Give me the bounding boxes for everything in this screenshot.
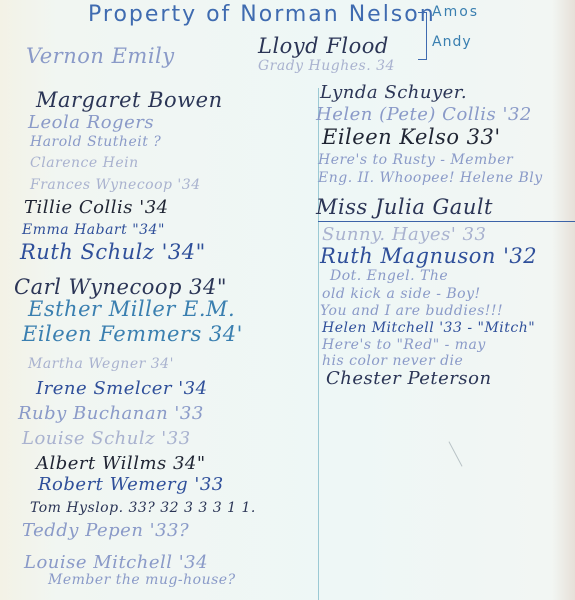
signature: Louise Mitchell '34	[24, 552, 208, 573]
page-title: Property of Norman Nelson	[88, 2, 436, 27]
signature: Ruby Buchanan '33	[18, 403, 204, 424]
signature: Clarence Hein	[30, 155, 139, 171]
signature-note: his color never die	[322, 353, 463, 369]
signature: Eileen Femmers 34'	[22, 322, 243, 346]
signature: Margaret Bowen	[36, 88, 223, 112]
signature: Eileen Kelso 33'	[322, 125, 501, 149]
signature: Ruth Schulz '34"	[20, 240, 206, 264]
signature: Teddy Pepen '33?	[22, 520, 189, 541]
signature-note: Dot. Engel. The	[330, 268, 448, 284]
signature: Esther Miller E.M.	[28, 297, 235, 321]
bracket-note-andy: Andy	[432, 34, 472, 50]
signature: Vernon Emily	[26, 44, 175, 68]
signature: Grady Hughes. 34	[258, 58, 395, 74]
signature: Helen (Pete) Collis '32	[316, 104, 532, 125]
signature: Albert Willms 34"	[36, 453, 206, 474]
signature: Robert Wemerg '33	[38, 474, 224, 495]
signature: Lloyd Flood	[258, 34, 389, 58]
paper-scratch	[448, 441, 462, 466]
autograph-page: Property of Norman Nelson Amos Andy Vern…	[0, 0, 575, 600]
signature: Miss Julia Gault	[316, 195, 493, 219]
signature-note: Member the mug-house?	[48, 572, 236, 588]
underline-rule	[318, 221, 575, 222]
signature: Emma Habart "34"	[22, 222, 165, 238]
signature: Carl Wynecoop 34"	[14, 275, 227, 299]
signature: Frances Wynecoop '34	[30, 177, 201, 193]
bracket-note-amos: Amos	[432, 4, 479, 20]
signature: Irene Smelcer '34	[36, 378, 208, 399]
signature-note: Here's to Rusty - Member	[318, 152, 513, 168]
signature: Harold Stutheit ?	[30, 134, 161, 150]
signature-note: Eng. II. Whoopee! Helene Bly	[318, 170, 543, 186]
signature: Lynda Schuyer.	[320, 82, 467, 103]
signature: Louise Schulz '33	[22, 428, 191, 449]
signature: Martha Wegner 34'	[28, 356, 174, 372]
signature-note: Here's to "Red" - may	[322, 337, 486, 353]
signature-note: Helen Mitchell '33 - "Mitch"	[322, 320, 535, 336]
signature: Leola Rogers	[28, 112, 154, 133]
signature-note: old kick a side - Boy!	[322, 286, 481, 302]
bracket-mark	[418, 12, 427, 60]
signature: Chester Peterson	[326, 368, 492, 389]
signature-note: You and I are buddies!!!	[320, 303, 503, 319]
signature: Tom Hyslop. 33? 32 3 3 3 1 1.	[30, 500, 256, 516]
signature: Tillie Collis '34	[24, 197, 169, 218]
signature: Sunny. Hayes' 33	[322, 224, 486, 245]
signature: Ruth Magnuson '32	[320, 244, 537, 268]
